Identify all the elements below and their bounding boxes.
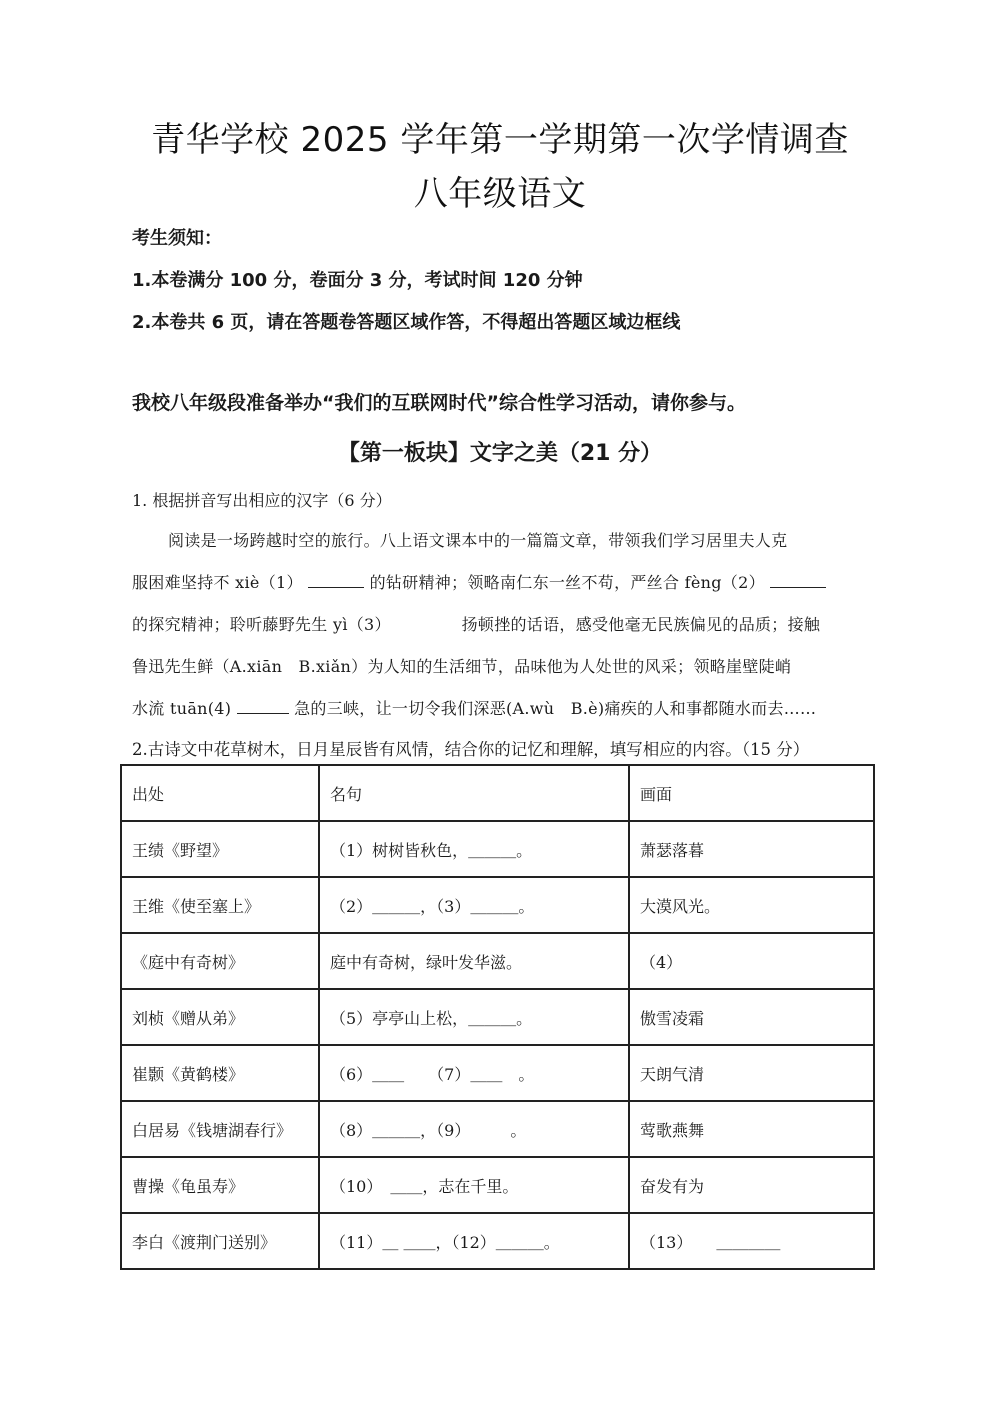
activity-intro: 我校八年级段准备举办“我们的互联网时代”综合性学习活动，请你参与。 [132,388,746,415]
cell-source: 刘桢《赠从弟》 [121,989,319,1045]
table-header-row: 出处 名句 画面 [121,765,874,821]
cell-quote[interactable]: （10） ＿＿，志在千里。 [319,1157,629,1213]
q1-line-3-part-a: 的探究精神；聆听藤野先生 yì（3） [132,615,391,634]
q1-line-2-part-a: 服困难坚持不 xiè（1） [132,573,303,592]
cell-source: 李白《渡荆门送别》 [121,1213,319,1269]
exam-subtitle: 八年级语文 [0,166,1000,215]
cell-quote[interactable]: （8）＿＿＿，（9） 。 [319,1101,629,1157]
notice-heading: 考生须知： [132,224,222,250]
question-1-prompt: 1. 根据拼音写出相应的汉字（6 分） [132,488,392,511]
table-row: 曹操《龟虽寿》 （10） ＿＿，志在千里。 奋发有为 [121,1157,874,1213]
q1-line-5: 水流 tuān(4) 急的三峡，让一切令我们深恶(A.wù B.è)痛疾的人和事… [132,696,816,719]
cell-scene: 奋发有为 [629,1157,874,1213]
table-row: 白居易《钱塘湖春行》 （8）＿＿＿，（9） 。 莺歌燕舞 [121,1101,874,1157]
table-row: 崔颢《黄鹤楼》 （6）＿＿ （7）＿＿ 。 天朗气清 [121,1045,874,1101]
section-heading: 【第一板块】文字之美（21 分） [0,436,1000,467]
notice-item-2: 2.本卷共 6 页，请在答题卷答题区域作答，不得超出答题区域边框线 [132,308,680,334]
cell-scene: 傲雪凌霜 [629,989,874,1045]
cell-quote[interactable]: （5）亭亭山上松，＿＿＿。 [319,989,629,1045]
cell-quote[interactable]: （6）＿＿ （7）＿＿ 。 [319,1045,629,1101]
cell-quote[interactable]: （11）＿ ＿＿，（12）＿＿＿。 [319,1213,629,1269]
exam-title: 青华学校 2025 学年第一学期第一次学情调查 [0,112,1000,161]
table-row: 王绩《野望》 （1）树树皆秋色，＿＿＿。 萧瑟落暮 [121,821,874,877]
q1-line-4: 鲁迅先生鲜（A.xiān B.xiǎn）为人知的生活细节，品味他为人处世的风采；… [132,654,791,677]
answer-blank-2[interactable] [770,586,826,588]
cell-scene[interactable]: （13） ＿＿＿＿ [629,1213,874,1269]
cell-scene: 天朗气清 [629,1045,874,1101]
cell-quote[interactable]: （2）＿＿＿，（3）＿＿＿。 [319,877,629,933]
cell-quote: 庭中有奇树，绿叶发华滋。 [319,933,629,989]
q1-line-5-part-b: 急的三峡，让一切令我们深恶(A.wù B.è)痛疾的人和事都随水而去…… [294,699,816,718]
cell-scene: 莺歌燕舞 [629,1101,874,1157]
cell-source: 王维《使至塞上》 [121,877,319,933]
cell-source: 曹操《龟虽寿》 [121,1157,319,1213]
table-row: 刘桢《赠从弟》 （5）亭亭山上松，＿＿＿。 傲雪凌霜 [121,989,874,1045]
cell-quote[interactable]: （1）树树皆秋色，＿＿＿。 [319,821,629,877]
cell-source: 《庭中有奇树》 [121,933,319,989]
cell-source: 王绩《野望》 [121,821,319,877]
table-row: 王维《使至塞上》 （2）＿＿＿，（3）＿＿＿。 大漠风光。 [121,877,874,933]
q1-line-1: 阅读是一场跨越时空的旅行。八上语文课本中的一篇篇文章，带领我们学习居里夫人克 [168,528,787,551]
cell-source: 崔颢《黄鹤楼》 [121,1045,319,1101]
q1-line-2-part-b: 的钻研精神；领略南仁东一丝不苟，严丝合 fèng（2） [370,573,765,592]
answer-blank-1[interactable] [308,586,364,588]
question-2-prompt: 2.古诗文中花草树木，日月星辰皆有风情，结合你的记忆和理解，填写相应的内容。（1… [132,736,809,760]
q1-line-5-part-a: 水流 tuān(4) [132,699,231,718]
poem-table: 出处 名句 画面 王绩《野望》 （1）树树皆秋色，＿＿＿。 萧瑟落暮 王维《使至… [120,764,875,1270]
q1-line-3: 的探究精神；聆听藤野先生 yì（3） 扬顿挫的话语，感受他毫无民族偏见的品质；接… [132,612,820,635]
cell-scene: 萧瑟落暮 [629,821,874,877]
header-scene: 画面 [629,765,874,821]
cell-scene: 大漠风光。 [629,877,874,933]
q1-line-2: 服困难坚持不 xiè（1） 的钻研精神；领略南仁东一丝不苟，严丝合 fèng（2… [132,570,826,593]
table-row: 《庭中有奇树》 庭中有奇树，绿叶发华滋。 （4） [121,933,874,989]
header-source: 出处 [121,765,319,821]
cell-scene[interactable]: （4） [629,933,874,989]
notice-item-1: 1.本卷满分 100 分，卷面分 3 分，考试时间 120 分钟 [132,266,583,292]
cell-source: 白居易《钱塘湖春行》 [121,1101,319,1157]
table-row: 李白《渡荆门送别》 （11）＿ ＿＿，（12）＿＿＿。 （13） ＿＿＿＿ [121,1213,874,1269]
q1-line-3-part-b: 扬顿挫的话语，感受他毫无民族偏见的品质；接触 [462,615,821,634]
answer-blank-4[interactable] [237,712,289,714]
header-quote: 名句 [319,765,629,821]
